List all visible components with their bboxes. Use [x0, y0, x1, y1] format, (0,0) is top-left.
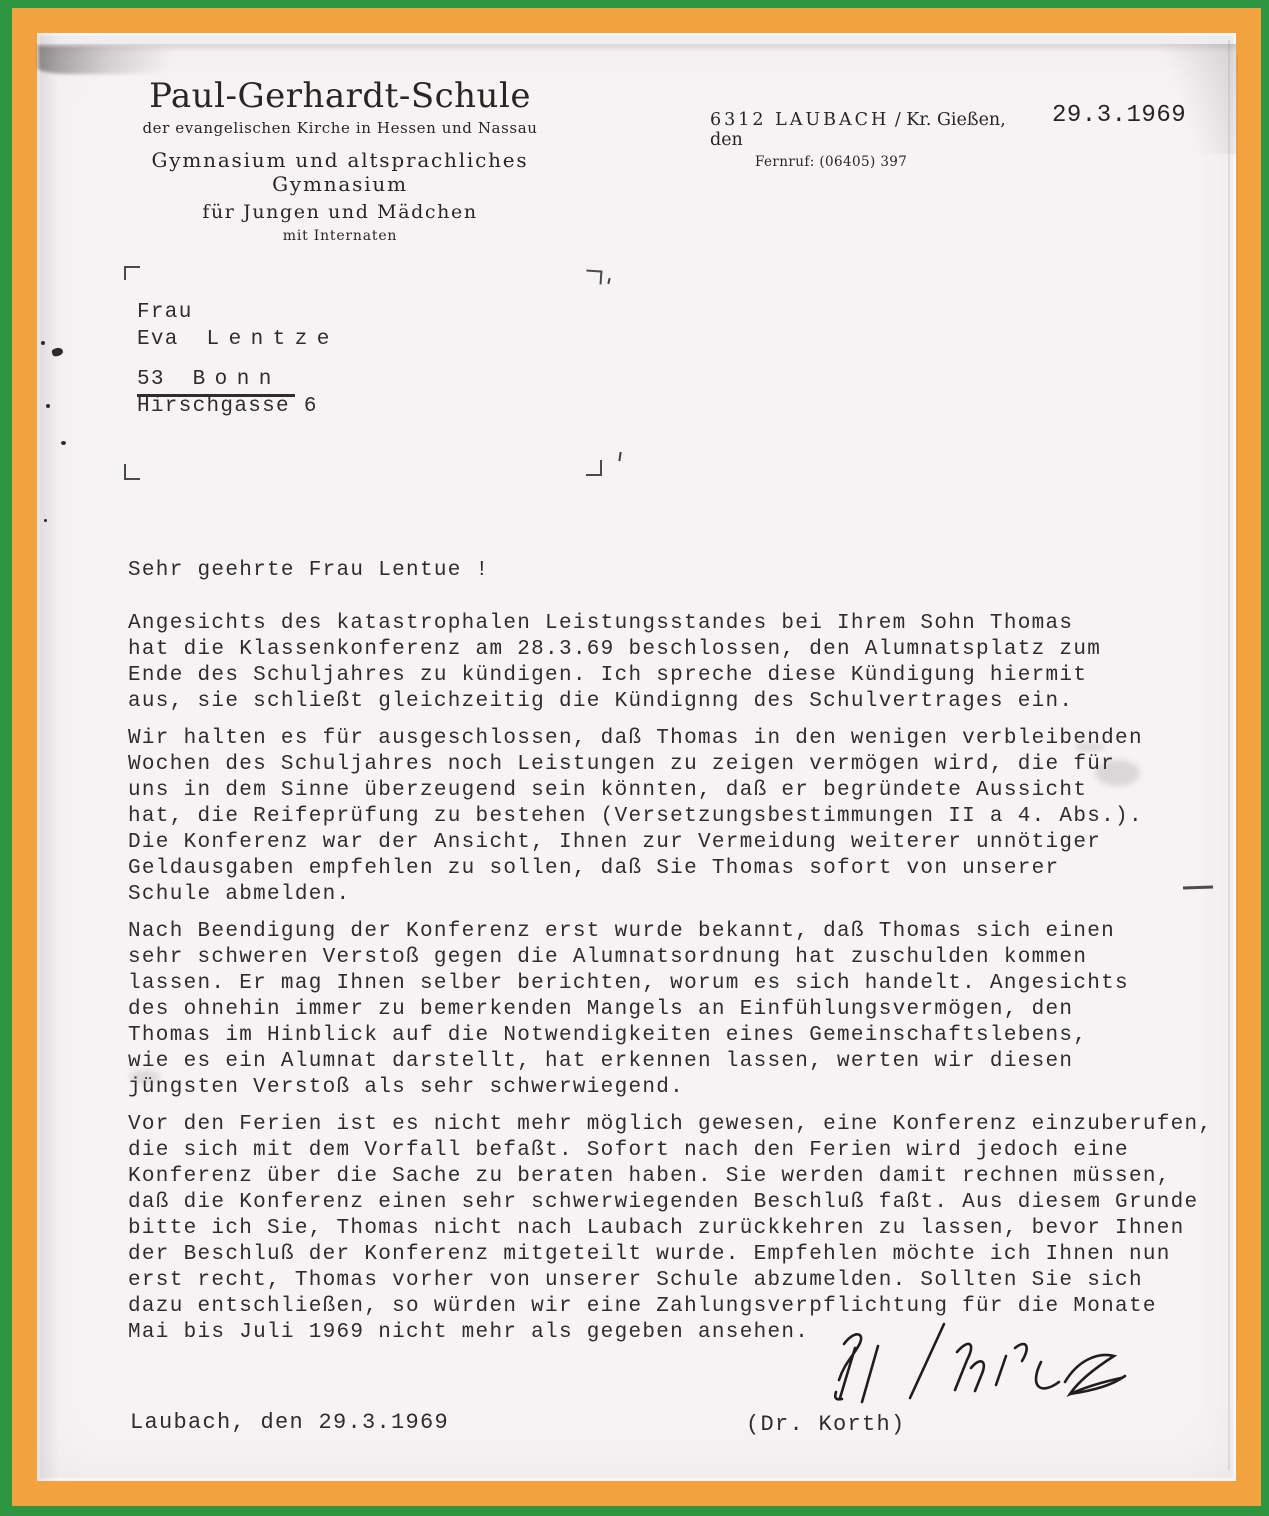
school-name: Paul-Gerhardt-Schule	[105, 76, 575, 116]
paragraph-3: Nach Beendigung der Konferenz erst wurde…	[128, 919, 1238, 1101]
crop-mark-top-left	[124, 266, 140, 280]
salutation: Sehr geehrte Frau Lentue !	[128, 558, 1238, 584]
spacer	[137, 354, 339, 367]
scan-smudge-top-left	[38, 46, 213, 74]
place-line: 6312 LAUBACH / Kr. Gießen, den	[710, 110, 1040, 150]
scan-edge-shadow-top	[37, 44, 1236, 52]
recipient-street: Hirschgasse 6	[137, 394, 339, 421]
recipient-address: Frau Eva Lentze 53 Bonn Hirschgasse 6	[137, 300, 339, 421]
crop-mark-bottom-right	[586, 460, 602, 476]
place-code: 6312 LAUBACH	[710, 110, 889, 130]
church-line: der evangelischen Kirche in Hessen und N…	[105, 119, 575, 137]
ink-speck	[44, 519, 47, 522]
recipient-title: Frau	[137, 300, 339, 327]
letterhead-address: 6312 LAUBACH / Kr. Gießen, den Fernruf: …	[710, 110, 1040, 170]
signer-name: (Dr. Korth)	[746, 1412, 906, 1438]
scanned-letter-page: Paul-Gerhardt-Schule der evangelischen K…	[0, 0, 1269, 1516]
ink-speck	[46, 404, 50, 408]
ink-speck	[41, 341, 45, 345]
recipient-city: 53 Bonn	[137, 367, 339, 394]
letter-content: Paul-Gerhardt-Schule der evangelischen K…	[0, 0, 1269, 1516]
stray-mark	[607, 278, 610, 284]
letter-body: Sehr geehrte Frau Lentue ! Angesichts de…	[128, 558, 1238, 1357]
scan-edge-shadow-left	[37, 33, 59, 1481]
stray-mark	[618, 452, 621, 461]
paragraph-2: Wir halten es für ausgeschlossen, daß Th…	[128, 726, 1238, 908]
letterhead: Paul-Gerhardt-Schule der evangelischen K…	[105, 76, 575, 244]
ink-speck	[51, 347, 64, 358]
audience-line: für Jungen und Mädchen	[105, 201, 575, 223]
paragraph-4: Vor den Ferien ist es nicht mehr möglich…	[128, 1112, 1238, 1346]
paragraph-1: Angesichts des katastrophalen Leistungss…	[128, 611, 1238, 715]
phone-line: Fernruf: (06405) 397	[755, 154, 1040, 170]
recipient-name: Eva Lentze	[137, 327, 339, 354]
crop-mark-top-right	[586, 269, 603, 284]
closing-place-date: Laubach, den 29.3.1969	[130, 1410, 449, 1436]
ink-speck	[61, 441, 66, 445]
letter-date: 29.3.1969	[1052, 103, 1186, 129]
school-type-line: Gymnasium und altsprachliches Gymnasium	[105, 148, 575, 196]
signature-icon	[820, 1318, 1130, 1422]
scan-shadow-top-right	[1146, 44, 1236, 154]
boarding-line: mit Internaten	[105, 228, 575, 244]
crop-mark-bottom-left	[124, 464, 140, 480]
